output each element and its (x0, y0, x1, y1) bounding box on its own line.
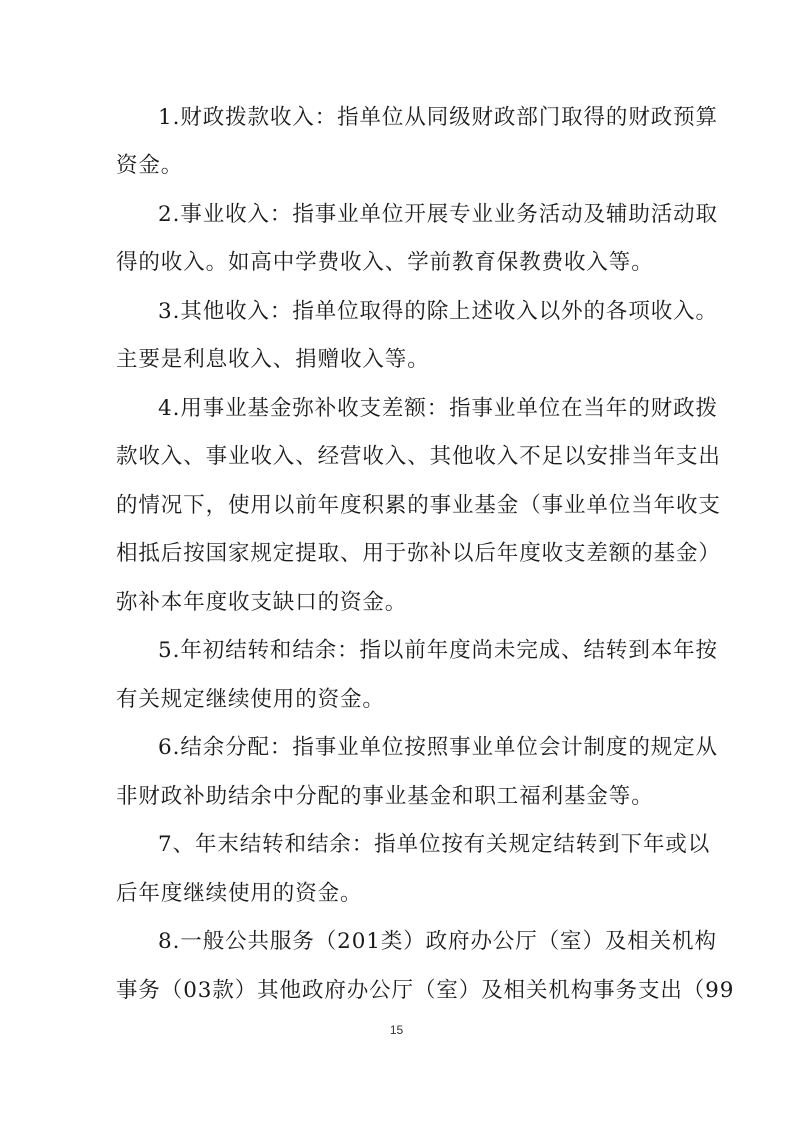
paragraph-3-line-1: 3.其他收入：指单位取得的除上述收入以外的各项收入。 (158, 297, 698, 327)
paragraph-2-line-2: 得的收入。如高中学费收入、学前教育保教费收入等。 (116, 248, 696, 278)
paragraph-3-line-2: 主要是利息收入、捐赠收入等。 (116, 345, 696, 375)
paragraph-4-line-1: 4.用事业基金弥补收支差额：指事业单位在当年的财政拨 (158, 394, 698, 424)
document-page: 1.财政拨款收入：指单位从同级财政部门取得的财政预算 资金。 2.事业收入：指事… (0, 0, 793, 1122)
paragraph-1-line-1: 1.财政拨款收入：指单位从同级财政部门取得的财政预算 (158, 103, 698, 133)
paragraph-8-line-1: 8.一般公共服务（201类）政府办公厅（室）及相关机构 (158, 927, 698, 957)
paragraph-1-line-2: 资金。 (116, 151, 696, 181)
paragraph-2-line-1: 2.事业收入：指事业单位开展专业业务活动及辅助活动取 (158, 200, 698, 230)
paragraph-7-line-1: 7、年末结转和结余：指单位按有关规定结转到下年或以 (158, 830, 698, 860)
paragraph-5-line-1: 5.年初结转和结余：指以前年度尚未完成、结转到本年按 (158, 636, 698, 666)
paragraph-4-line-2: 款收入、事业收入、经营收入、其他收入不足以安排当年支出 (116, 442, 696, 472)
paragraph-4-line-5: 弥补本年度收支缺口的资金。 (116, 588, 696, 618)
paragraph-6-line-2: 非财政补助结余中分配的事业基金和职工福利基金等。 (116, 782, 696, 812)
paragraph-5-line-2: 有关规定继续使用的资金。 (116, 685, 696, 715)
paragraph-7-line-2: 后年度继续使用的资金。 (116, 879, 696, 909)
page-number: 15 (0, 1023, 793, 1037)
paragraph-6-line-1: 6.结余分配：指事业单位按照事业单位会计制度的规定从 (158, 733, 698, 763)
paragraph-4-line-3: 的情况下，使用以前年度积累的事业基金（事业单位当年收支 (116, 491, 696, 521)
paragraph-4-line-4: 相抵后按国家规定提取、用于弥补以后年度收支差额的基金） (116, 539, 696, 569)
paragraph-8-line-2: 事务（03款）其他政府办公厅（室）及相关机构事务支出（99 (116, 976, 696, 1006)
